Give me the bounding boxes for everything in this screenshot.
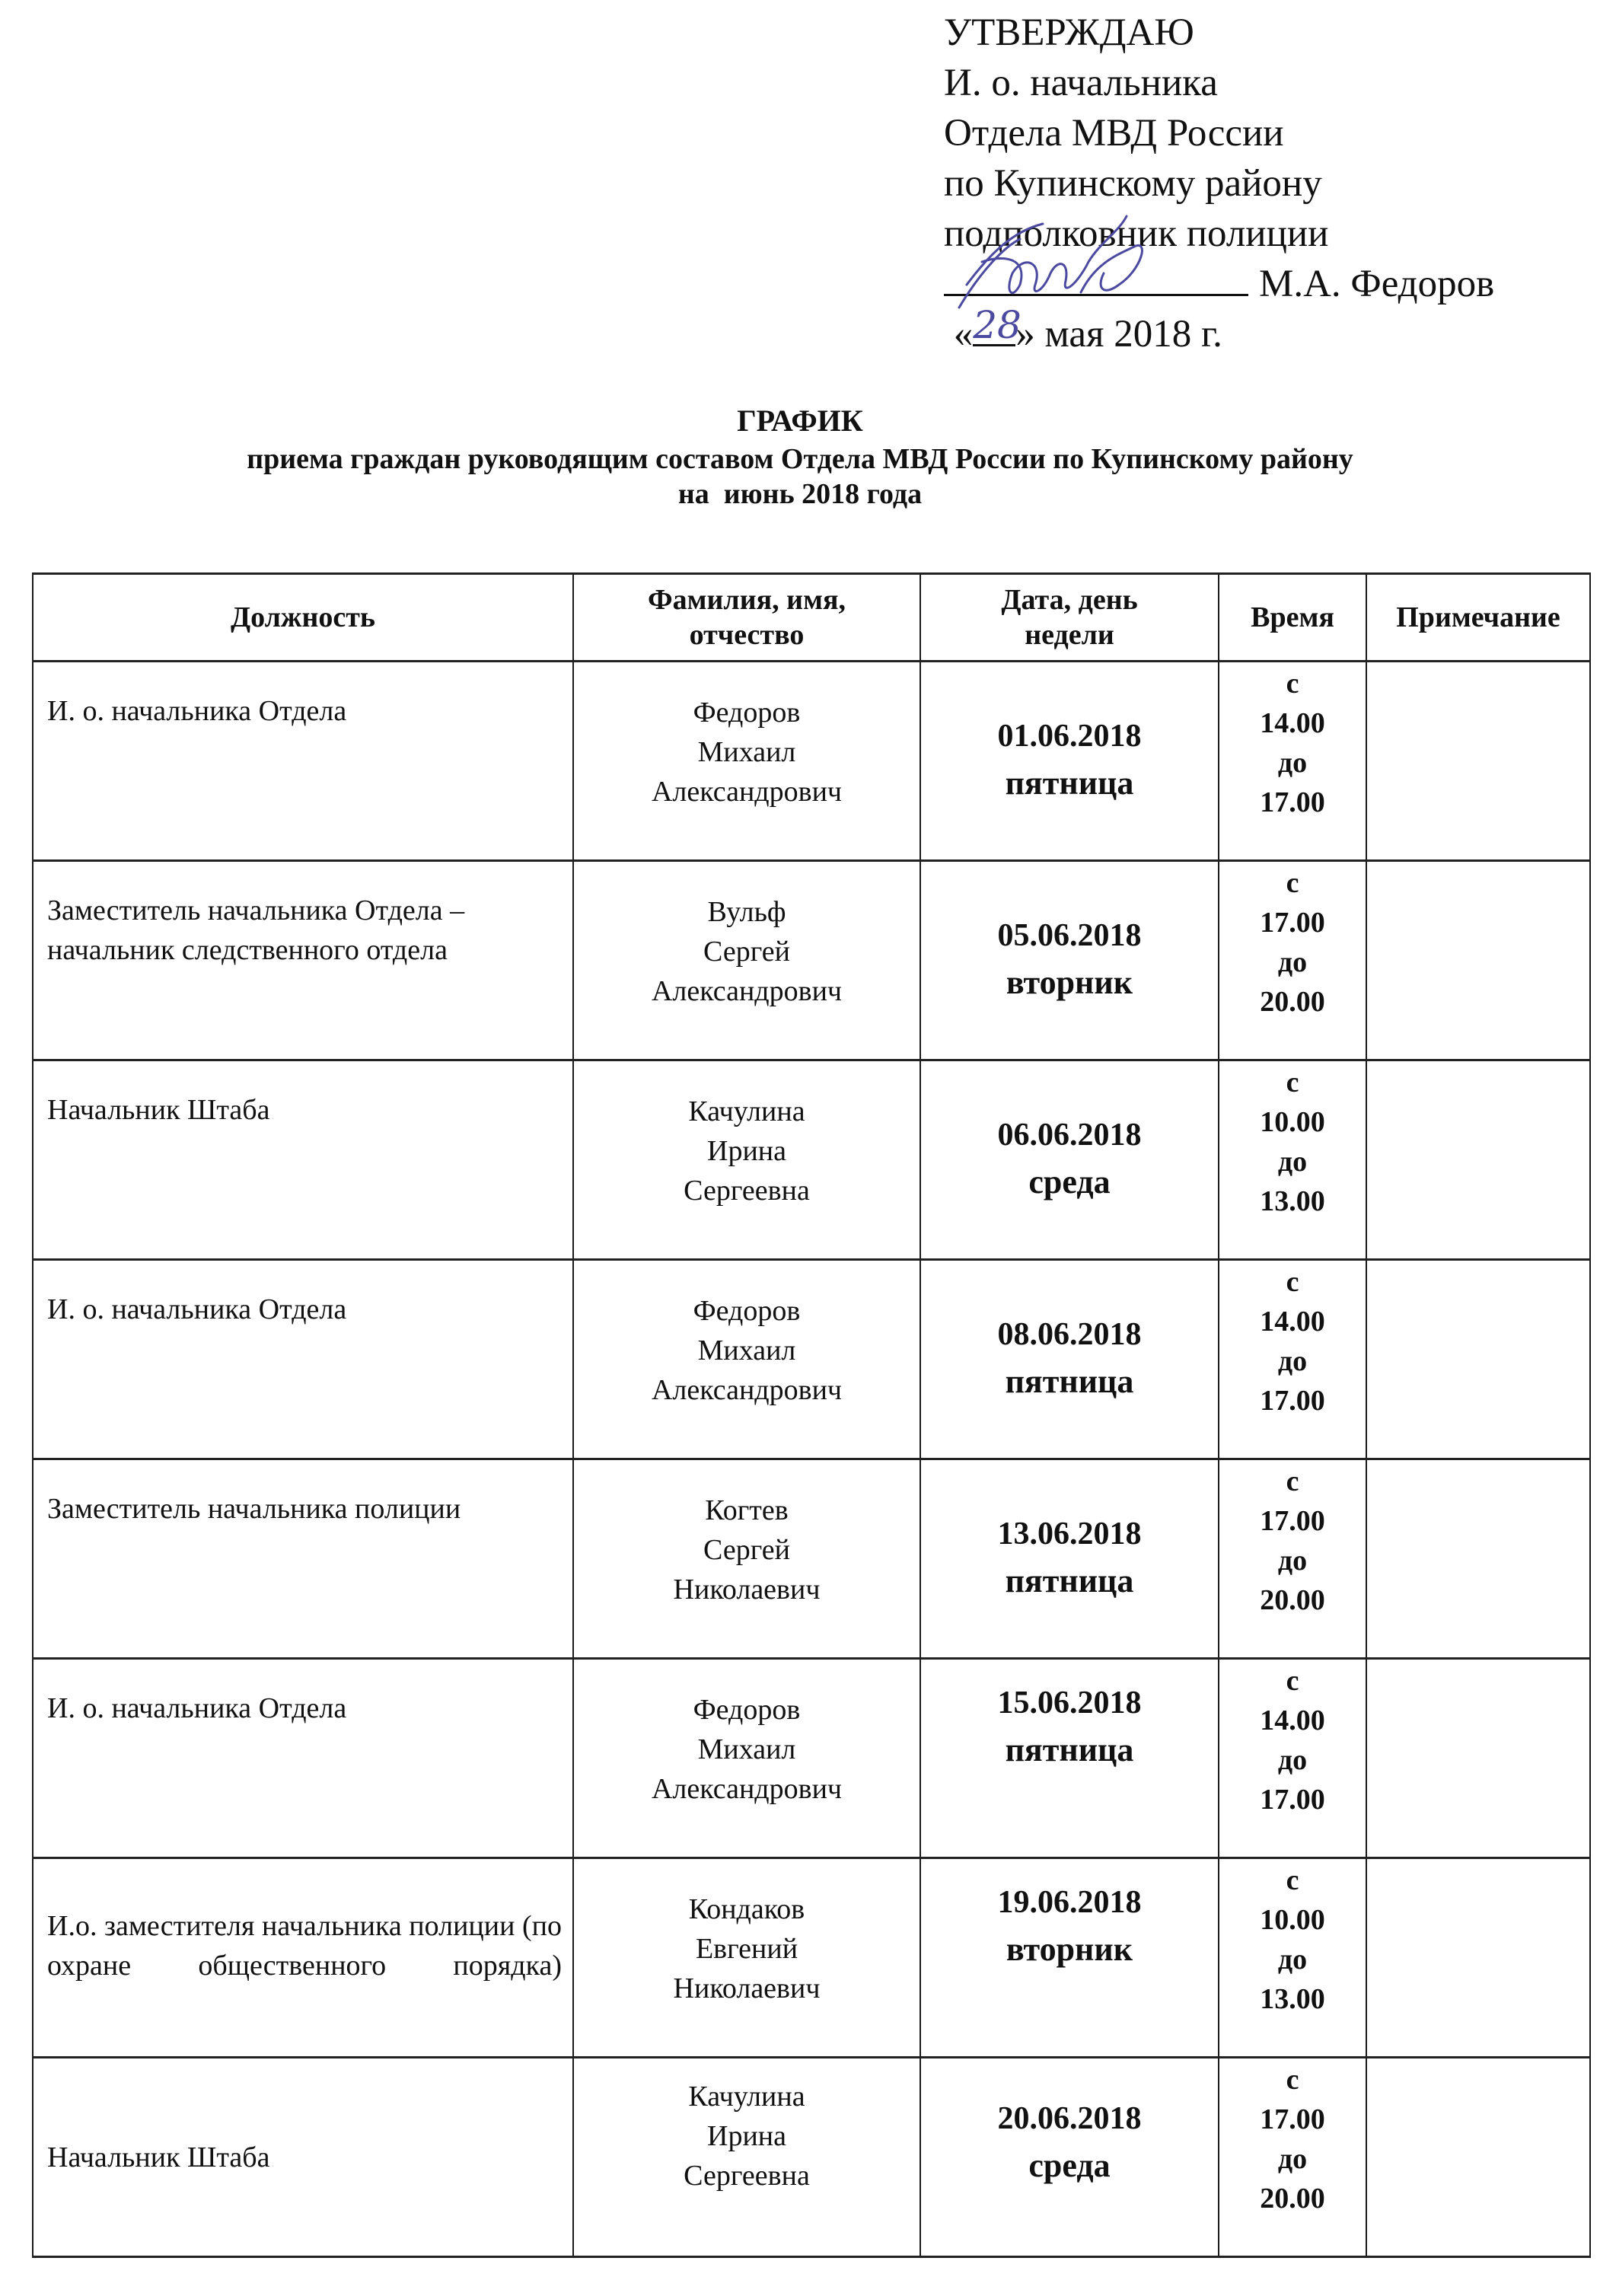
table-row: Заместитель начальника полиции КогтевСер… [33, 1459, 1590, 1659]
table-header-row: Должность Фамилия, имя,отчество Дата, де… [33, 574, 1590, 662]
header-fio: Фамилия, имя,отчество [573, 574, 920, 662]
cell-fio: ФедоровМихаилАлександрович [573, 662, 920, 861]
table-row: Заместитель начальника Отдела – начальни… [33, 861, 1590, 1060]
signature-row: М.А. Федоров [944, 259, 1583, 309]
cell-note [1366, 1858, 1590, 2058]
table-row: И. о. начальника Отдела ФедоровМихаилАле… [33, 1659, 1590, 1858]
header-date: Дата, деньнедели [920, 574, 1219, 662]
cell-fio: КачулинаИринаСергеевна [573, 1060, 920, 1260]
cell-note [1366, 861, 1590, 1060]
cell-time: с17.00до20.00 [1219, 1459, 1366, 1659]
title-period: на июнь 2018 года [0, 477, 1600, 512]
cell-time: с10.00до13.00 [1219, 1060, 1366, 1260]
signature-line [944, 260, 1248, 296]
cell-fio: ФедоровМихаилАлександрович [573, 1260, 920, 1459]
header-note: Примечание [1366, 574, 1590, 662]
cell-date: 19.06.2018вторник [920, 1858, 1219, 2058]
cell-date: 13.06.2018пятница [920, 1459, 1219, 1659]
cell-time: с10.00до13.00 [1219, 1858, 1366, 2058]
cell-date: 20.06.2018среда [920, 2058, 1219, 2257]
cell-time: с14.00до17.00 [1219, 1260, 1366, 1459]
cell-position: И. о. начальника Отдела [33, 1260, 573, 1459]
cell-note [1366, 1459, 1590, 1659]
cell-position: Заместитель начальника Отдела – начальни… [33, 861, 573, 1060]
cell-time: с14.00до17.00 [1219, 662, 1366, 861]
approval-line: Отдела МВД России [944, 108, 1583, 158]
title-heading: ГРАФИК [0, 403, 1600, 438]
date-day-field: 28 [973, 311, 1015, 346]
schedule-table: Должность Фамилия, имя,отчество Дата, де… [32, 572, 1591, 2258]
handwritten-day: 28 [973, 306, 1022, 344]
signatory-name: М.А. Федоров [1259, 263, 1494, 305]
cell-position: Заместитель начальника полиции [33, 1459, 573, 1659]
cell-note [1366, 1659, 1590, 1858]
cell-fio: ФедоровМихаилАлександрович [573, 1659, 920, 1858]
cell-time: с17.00до20.00 [1219, 2058, 1366, 2257]
approval-line: по Купинскому району [944, 158, 1583, 209]
cell-note [1366, 1060, 1590, 1260]
cell-date: 08.06.2018пятница [920, 1260, 1219, 1459]
cell-date: 05.06.2018вторник [920, 861, 1219, 1060]
cell-position: И.о. заместителя начальника полиции (по … [33, 1858, 573, 2058]
cell-fio: КондаковЕвгенийНиколаевич [573, 1858, 920, 2058]
cell-position: Начальник Штаба [33, 1060, 573, 1260]
table-row: И. о. начальника Отдела ФедоровМихаилАле… [33, 1260, 1590, 1459]
table-row: Начальник Штаба КачулинаИринаСергеевна 2… [33, 2058, 1590, 2257]
cell-fio: КогтевСергейНиколаевич [573, 1459, 920, 1659]
table-row: И. о. начальника Отдела ФедоровМихаилАле… [33, 662, 1590, 861]
cell-time: с14.00до17.00 [1219, 1659, 1366, 1858]
cell-position: И. о. начальника Отдела [33, 662, 573, 861]
title-subtitle: приема граждан руководящим составом Отде… [0, 442, 1600, 477]
cell-date: 06.06.2018среда [920, 1060, 1219, 1260]
approval-line: подполковник полиции [944, 209, 1583, 259]
cell-fio: ВульфСергейАлександрович [573, 861, 920, 1060]
cell-note [1366, 2058, 1590, 2257]
cell-note [1366, 1260, 1590, 1459]
approval-line: И. о. начальника [944, 58, 1583, 108]
approval-block: УТВЕРЖДАЮ И. о. начальника Отдела МВД Ро… [944, 8, 1583, 359]
approval-date: «28» мая 2018 г. [944, 309, 1583, 359]
cell-fio: КачулинаИринаСергеевна [573, 2058, 920, 2257]
cell-date: 15.06.2018пятница [920, 1659, 1219, 1858]
document-title: ГРАФИК приема граждан руководящим состав… [0, 403, 1600, 512]
cell-position: Начальник Штаба [33, 2058, 573, 2257]
header-time: Время [1219, 574, 1366, 662]
cell-position: И. о. начальника Отдела [33, 1659, 573, 1858]
cell-note [1366, 662, 1590, 861]
table-row: И.о. заместителя начальника полиции (по … [33, 1858, 1590, 2058]
approval-heading: УТВЕРЖДАЮ [944, 8, 1583, 58]
cell-date: 01.06.2018пятница [920, 662, 1219, 861]
cell-time: с17.00до20.00 [1219, 861, 1366, 1060]
table-row: Начальник Штаба КачулинаИринаСергеевна 0… [33, 1060, 1590, 1260]
header-position: Должность [33, 574, 573, 662]
